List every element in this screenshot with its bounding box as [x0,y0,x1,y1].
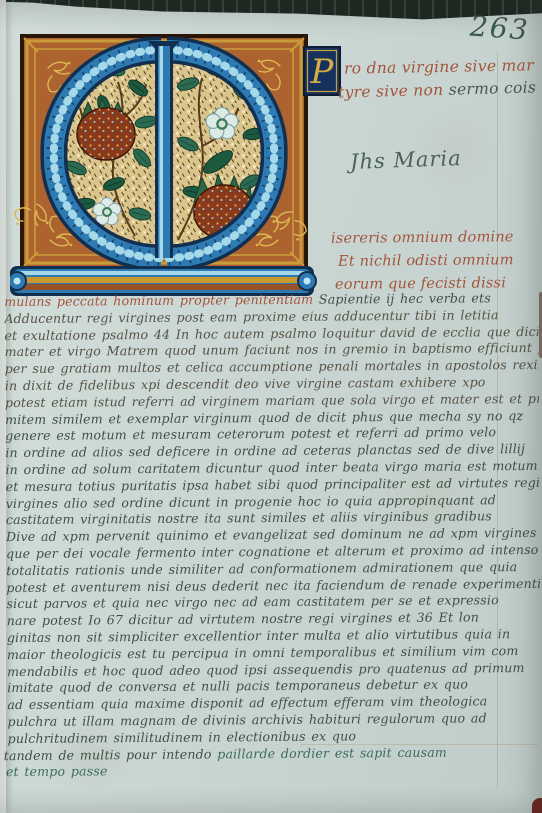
folio-number: 263 [469,10,542,48]
body-line-segment: Dive ad xpm pervenit quinimo et evangeli… [6,525,537,544]
theme-rubric: isereris omnium domine Et nichil odisti … [331,227,514,296]
body-line-segment: imitate quod de conversa et nulli pacis … [7,677,468,696]
body-line-segment: ginitas non sit simpliciter excellentior… [7,626,511,645]
theme-rubric-line: Et nichil odisti omnium [338,249,514,274]
body-text: mulans peccata hominum propter penitenti… [4,290,542,781]
body-line-segment: paillarde dordier est sapit causam [217,744,447,761]
body-line-segment: tandem de multis pour intendo [4,746,218,763]
rubric-text: ro dna virgine sive mar [344,56,534,77]
body-line-segment: in ordine ad alios sed deficere in ordin… [5,441,525,460]
body-line-segment: pulchra ut illam magnam de divinis archi… [7,710,486,729]
body-line-segment: virgines alio sed ordine dicunt in proge… [6,492,496,511]
rubric-title-line1: ro dna virgine sive mar [344,56,534,77]
body-line-segment: castitatem virginitatis nostre ita sunt … [6,509,492,528]
body-line-segment: maior theologicis est tu percipua in omn… [7,643,519,662]
body-line-segment: in dixit de fidelibus xpi descendit deo … [5,374,486,393]
body-line-segment: ad essentiam quia maxime disponit ad eff… [7,693,487,712]
body-line-segment: Sapientie ij hec verba ets [319,290,491,306]
body-line-segment: potest etiam istud referri ad virginem m… [5,391,539,410]
body-line-segment: mendabilis et hoc quod adeo quod ipsi as… [7,660,525,679]
body-line-segment: que per dei vocale fermento inter cognat… [6,542,538,561]
body-line-segment: genere est motum et mesuram ceterorum po… [5,425,496,444]
body-line-segment: totalitatis rationis unde similiter ad c… [6,559,517,578]
manuscript-page: 263 [0,0,542,813]
body-line-segment: mulans peccata hominum propter penitenti… [4,292,319,309]
body-line-segment: et tempo passe [6,764,108,780]
binding-edge [0,0,542,22]
body-line-segment: mater et virgo Matrem quod unum faciunt … [4,340,538,359]
body-line-segment: in ordine ad solum caritatem dicuntur qu… [5,458,537,477]
body-line-segment: pulchritudinem similitudinem in election… [8,728,357,746]
body-line-segment: sicut parvos et quia nec virgo nec ad ea… [6,593,498,612]
rubric-text-ink: sermo cois [448,78,536,98]
theme-rubric-line: isereris omnium domine [331,226,514,251]
binding-corner-mark [532,798,542,813]
body-line-segment: et exultatione psalmo 44 In hoc autem ps… [4,324,538,343]
rubric-title-line2: tyre sive non sermo cois [338,78,537,101]
body-line-segment: per sue gratiam multos et celica accumpt… [5,357,539,376]
illuminated-initial-m: P [10,26,342,308]
body-line: et tempo passe [6,760,542,781]
body-line-segment: mitem similem et exemplar virginum quod … [5,408,523,427]
small-initial-p: P [304,47,340,95]
rubric-text-red: tyre sive non [338,81,449,102]
svg-text:P: P [310,52,335,92]
body-line-segment: Adducentur regi virgines post eam proxim… [4,307,498,326]
body-line-segment: potest et aventurem nisi deus dederit ne… [6,575,540,594]
body-line-segment: et mesura totius puritatis ipsa habet si… [6,475,540,494]
invocation: Jhs Maria [350,146,462,174]
body-line-segment: nare potest Io 67 dicitur ad virtutem no… [7,610,479,629]
